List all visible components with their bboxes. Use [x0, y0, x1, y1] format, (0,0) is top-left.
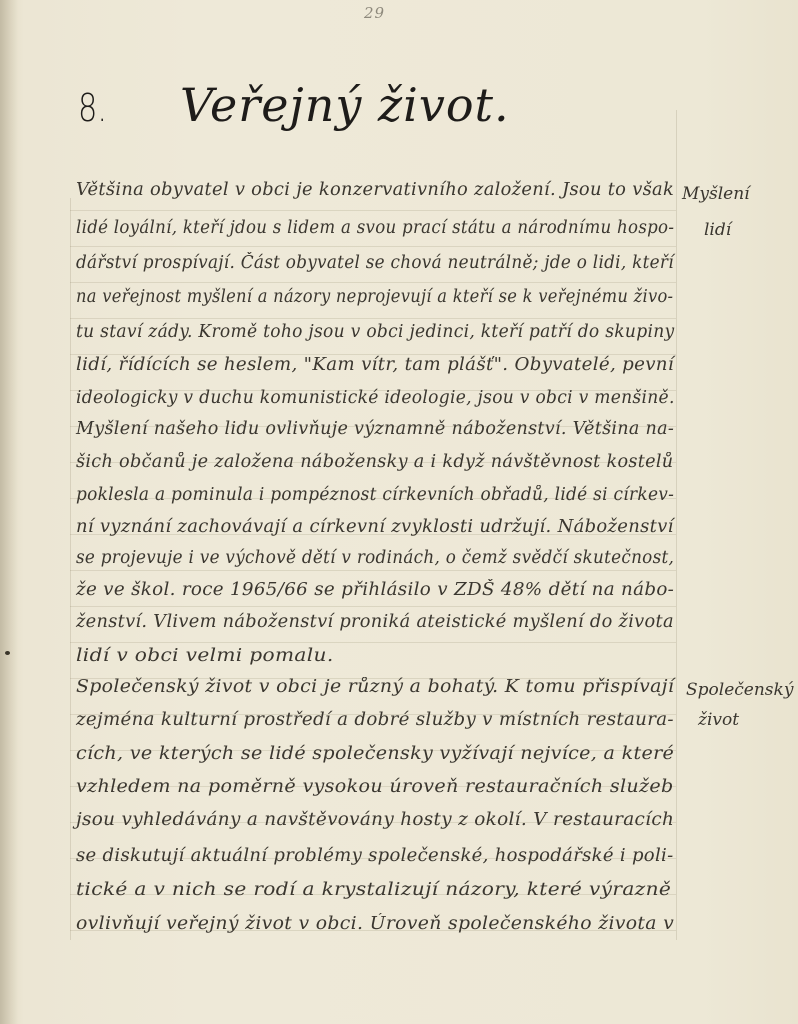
text-line: Společenský život v obci je různý a boha… — [76, 677, 674, 697]
text-line: že ve škol. roce 1965/66 se přihlásilo v… — [76, 580, 674, 600]
text-line: ovlivňují veřejný život v obci. Úroveň s… — [76, 914, 674, 934]
text-line: se diskutují aktuální problémy společens… — [76, 846, 673, 866]
text-line: šich občanů je založena nábožensky a i k… — [76, 452, 673, 472]
ruled-line — [70, 606, 676, 607]
margin-note-social-life: Společenský — [686, 680, 793, 700]
ruled-line — [70, 246, 676, 247]
text-line: cích, ve kterých se lidé společensky vyž… — [76, 744, 674, 764]
right-margin-rule — [676, 110, 677, 940]
margin-note-thinking: Myšlení — [682, 184, 750, 204]
ruled-line — [70, 282, 676, 283]
text-line: ní vyznání zachovávají a církevní zvyklo… — [76, 517, 674, 537]
text-line: zejména kulturní prostředí a dobré služb… — [76, 710, 674, 730]
section-title: Veřejný život. — [180, 78, 510, 132]
text-line: lidí v obci velmi pomalu. — [76, 646, 334, 666]
text-line: na veřejnost myšlení a názory neprojevuj… — [76, 287, 673, 307]
text-line: tické a v nich se rodí a krystalizují ná… — [76, 880, 671, 900]
text-line: poklesla a pominula i pompéznost církevn… — [76, 485, 674, 505]
ruled-line — [70, 210, 676, 211]
text-line: lidé loyální, kteří jdou s lidem a svou … — [76, 218, 674, 238]
text-line: se projevuje i ve výchově dětí v rodinác… — [76, 548, 674, 568]
ruled-line — [70, 642, 676, 643]
binding-mark — [5, 651, 10, 655]
ruled-line — [70, 318, 676, 319]
ruled-line — [70, 570, 676, 571]
text-line: tu staví zády. Kromě toho jsou v obci je… — [76, 322, 674, 342]
text-line: vzhledem na poměrně vysokou úroveň resta… — [76, 777, 674, 797]
left-margin-rule — [70, 198, 71, 940]
text-line: ženství. Vlivem náboženství proniká atei… — [76, 612, 674, 632]
text-line: lidí, řídících se heslem, "Kam vítr, tam… — [76, 355, 674, 375]
margin-note-thinking: lidí — [704, 220, 731, 240]
margin-note-social-life: život — [698, 710, 739, 730]
chronicle-page: 29 8. Veřejný život. Většina obyvatel v … — [0, 0, 798, 1024]
binding-shadow — [0, 0, 18, 1024]
text-line: dářství prospívají. Část obyvatel se cho… — [76, 253, 674, 273]
text-line: jsou vyhledávány a navštěvovány hosty z … — [76, 810, 674, 830]
section-number: 8. — [78, 86, 107, 130]
text-line: Myšlení našeho lidu ovlivňuje významně n… — [76, 419, 674, 439]
text-line: ideologicky v duchu komunistické ideolog… — [76, 388, 675, 408]
text-line: Většina obyvatel v obci je konzervativní… — [76, 180, 674, 200]
page-number: 29 — [364, 4, 385, 22]
